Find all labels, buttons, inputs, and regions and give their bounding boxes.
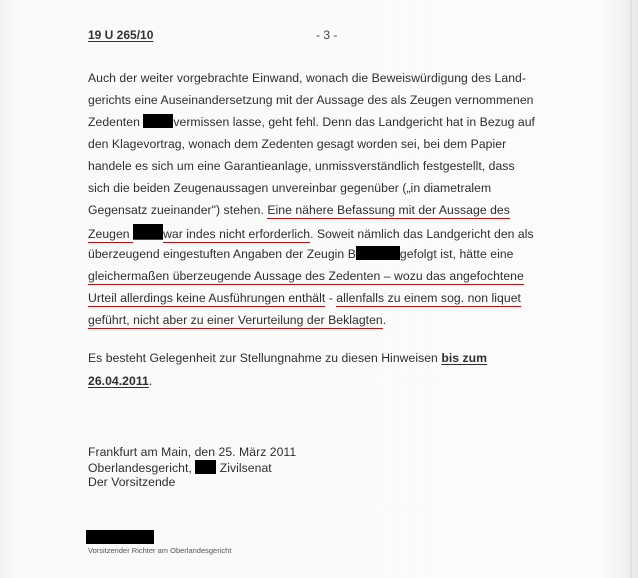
case-number: 19 U 265/10 <box>88 28 153 42</box>
redacted-name <box>133 224 163 240</box>
deadline-prefix: bis zum <box>441 351 487 365</box>
text-line: gleichermaßen überzeugende Aussage des Z… <box>88 268 524 284</box>
redacted-signature <box>86 530 154 544</box>
text-segment: Zedenten <box>88 115 143 129</box>
text-segment: gerichts eine Auseinandersetzung mit der… <box>88 93 533 107</box>
court-suffix: Zivilsenat <box>216 461 271 475</box>
scan-edge <box>630 0 632 578</box>
text-line: Gegensatz zueinander") stehen. Eine nähe… <box>88 202 510 218</box>
redacted-senate-number <box>195 460 216 474</box>
page-number: - 3 - <box>316 28 337 42</box>
text-line: handele es sich um eine Garantieanlage, … <box>88 158 515 174</box>
text-line: Zedenten vermissen lasse, geht fehl. Den… <box>88 114 535 130</box>
text-line: Urteil allerdings keine Ausführungen ent… <box>88 290 521 306</box>
paragraph-deadline: Es besteht Gelegenheit zur Stellungnahme… <box>88 350 487 366</box>
court-prefix: Oberlandesgericht, <box>88 461 195 475</box>
signature-caption: Vorsitzender Richter am Oberlandesgerich… <box>88 546 231 555</box>
text-segment: . <box>383 313 386 327</box>
text-line: Auch der weiter vorgebrachte Einwand, wo… <box>88 70 526 86</box>
text-line: gerichts eine Auseinandersetzung mit der… <box>88 92 533 108</box>
text-line: Zeugen war indes nicht erforderlich. Sow… <box>88 224 534 242</box>
paragraph-deadline-line2: 26.04.2011. <box>88 373 152 389</box>
deadline-date: 26.04.2011 <box>88 374 149 388</box>
text-line: überzeugend eingestuften Angaben der Zeu… <box>88 246 514 262</box>
underlined-text: allenfalls zu einem sog. non liquet <box>336 291 521 307</box>
deadline-suffix: . <box>149 374 152 388</box>
underlined-text: Zeugen <box>88 227 133 243</box>
signature-place-date: Frankfurt am Main, den 25. März 2011 <box>88 445 296 460</box>
signature-role: Der Vorsitzende <box>88 475 175 490</box>
text-line: den Klagevortrag, wonach dem Zedenten ge… <box>88 136 506 152</box>
text-segment: vermissen lasse, geht fehl. Denn das Lan… <box>173 115 535 129</box>
text-segment: sich die beiden Zeugenaussagen unvereinb… <box>88 181 491 195</box>
deadline-text: Es besteht Gelegenheit zur Stellungnahme… <box>88 351 441 365</box>
document-page: 19 U 265/10 - 3 - Auch der weiter vorgeb… <box>0 0 638 578</box>
underlined-text: Eine nähere Befassung mit der Aussage de… <box>267 203 510 219</box>
signature-court: Oberlandesgericht, Zivilsenat <box>88 460 272 476</box>
underlined-text: geführt, nicht aber zu einer Verurteilun… <box>88 313 383 329</box>
text-line: sich die beiden Zeugenaussagen unvereinb… <box>88 180 491 196</box>
redacted-name <box>143 114 173 128</box>
redacted-name <box>356 246 400 260</box>
text-segment: überzeugend eingestuften Angaben der Zeu… <box>88 247 356 261</box>
text-segment: den Klagevortrag, wonach dem Zedenten ge… <box>88 137 506 151</box>
text-segment: . Soweit nämlich das Landgericht den als <box>310 227 534 241</box>
underlined-text: gleichermaßen überzeugende Aussage des Z… <box>88 269 524 285</box>
text-line: geführt, nicht aber zu einer Verurteilun… <box>88 312 386 328</box>
underlined-text: Urteil allerdings keine Ausführungen ent… <box>88 291 325 307</box>
underlined-text: war indes nicht erforderlich <box>163 227 310 243</box>
text-segment: - <box>325 291 336 305</box>
text-segment: gefolgt ist, hätte eine <box>400 247 514 261</box>
text-segment: Gegensatz zueinander") stehen. <box>88 203 267 217</box>
text-segment: handele es sich um eine Garantieanlage, … <box>88 159 515 173</box>
text-segment: Auch der weiter vorgebrachte Einwand, wo… <box>88 71 526 85</box>
